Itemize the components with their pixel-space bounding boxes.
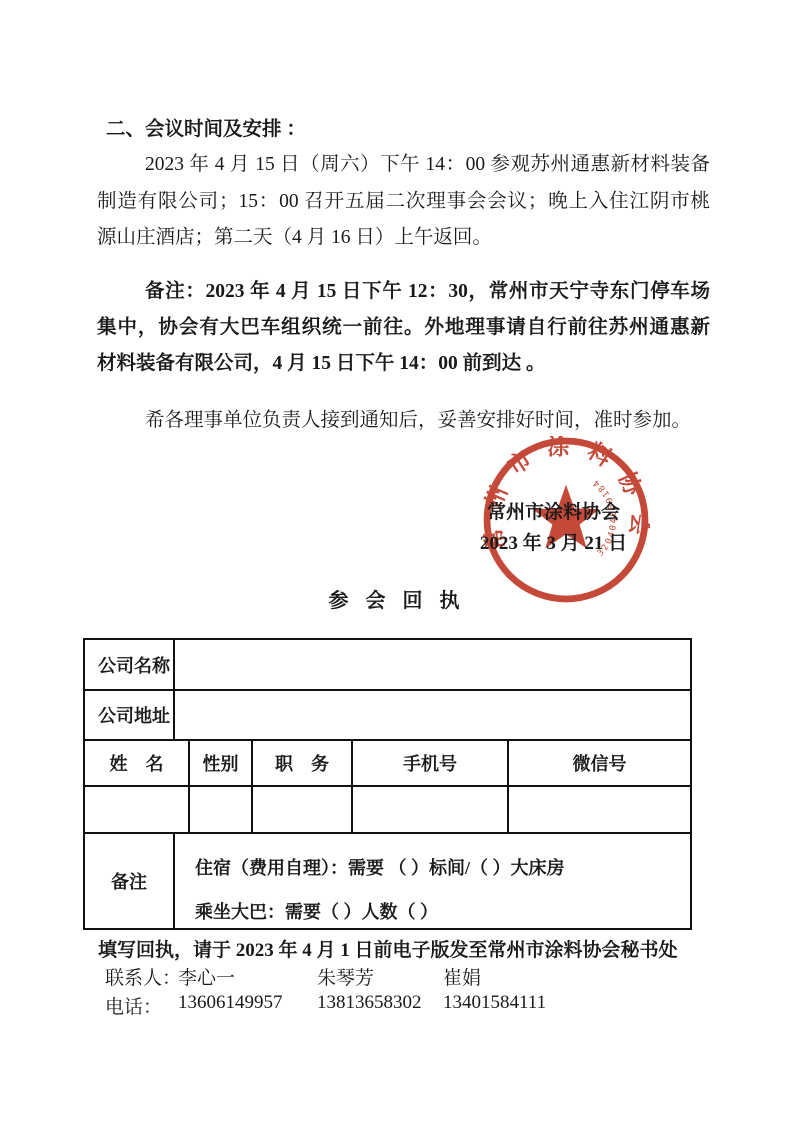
contact-persons-label: 联系人：: [105, 963, 181, 990]
paragraph-schedule-line3: 源山庄酒店；第二天（4 月 16 日）上午返回。: [97, 225, 492, 250]
entry-mobile-cell: [353, 787, 509, 832]
table-row-company-name: 公司名称: [85, 640, 690, 689]
entry-gender-cell: [190, 787, 253, 832]
company-address-label: 公司地址: [85, 691, 175, 739]
company-name-value-cell: [175, 640, 690, 689]
table-row-company-address: 公司地址: [85, 689, 690, 739]
section-heading: 二、会议时间及安排 ：: [106, 117, 306, 142]
document-page: 二、会议时间及安排 ： 2023 年 4 月 15 日（周六）下午 14：00 …: [0, 0, 794, 1123]
entry-name-cell: [85, 787, 190, 832]
closing-sentence: 希各理事单位负责人接到通知后，妥善安排好时间，准时参加。: [145, 408, 691, 433]
company-name-label: 公司名称: [85, 640, 175, 689]
note-paragraph-line2: 集中，协会有大巴车组织统一前往。外地理事请自行前往苏州通惠新: [97, 315, 710, 340]
phone-number-3: 13401584111: [443, 992, 546, 1014]
contact-person-2: 朱琴芳: [317, 963, 374, 990]
contact-person-1: 李心一: [178, 963, 235, 990]
company-address-value-cell: [175, 691, 690, 739]
column-header-gender: 性别: [190, 741, 253, 785]
remarks-bus-line: 乘坐大巴：需要（ ）人数（ ）: [195, 890, 690, 934]
remarks-content-cell: 住宿（费用自理）：需要 （ ）标间/（ ）大床房 乘坐大巴：需要（ ）人数（ ）: [175, 834, 690, 928]
column-header-mobile: 手机号: [353, 741, 509, 785]
footer-instruction: 填写回执，请于 2023 年 4 月 1 日前电子版发至常州市涂料协会秘书处: [98, 935, 678, 962]
entry-title-cell: [253, 787, 353, 832]
reply-form-title: 参 会 回 执: [0, 584, 794, 613]
signature-date: 2023 年 3 月 21 日: [446, 528, 661, 555]
paragraph-schedule-line1: 2023 年 4 月 15 日（周六）下午 14：00 参观苏州通惠新材料装备: [145, 152, 710, 177]
table-empty-entry-row: [85, 785, 690, 832]
column-header-wechat: 微信号: [509, 741, 690, 785]
paragraph-schedule-line2: 制造有限公司；15：00 召开五届二次理事会会议；晚上入住江阴市桃: [97, 189, 710, 214]
table-header-row: 姓 名 性别 职 务 手机号 微信号: [85, 739, 690, 785]
signature-organization: 常州市涂料协会: [446, 497, 661, 524]
phone-label: 电话：: [105, 992, 162, 1019]
phone-number-1: 13606149957: [178, 992, 283, 1014]
remarks-lodging-line: 住宿（费用自理）：需要 （ ）标间/（ ）大床房: [195, 846, 690, 890]
column-header-title: 职 务: [253, 741, 353, 785]
note-paragraph-line1: 备注：2023 年 4 月 15 日下午 12：30，常州市天宁寺东门停车场: [145, 279, 710, 304]
note-paragraph-line3: 材料装备有限公司，4 月 15 日下午 14：00 前到达 。: [97, 351, 546, 376]
remarks-label: 备注: [85, 834, 175, 928]
reply-form-table: 公司名称 公司地址 姓 名 性别 职 务 手机号 微信号 备注 住宿（费用自理）…: [83, 638, 692, 930]
entry-wechat-cell: [509, 787, 690, 832]
contact-person-3: 崔娟: [443, 963, 481, 990]
table-row-remarks: 备注 住宿（费用自理）：需要 （ ）标间/（ ）大床房 乘坐大巴：需要（ ）人数…: [85, 832, 690, 928]
phone-number-2: 13813658302: [317, 992, 422, 1014]
column-header-name: 姓 名: [85, 741, 190, 785]
